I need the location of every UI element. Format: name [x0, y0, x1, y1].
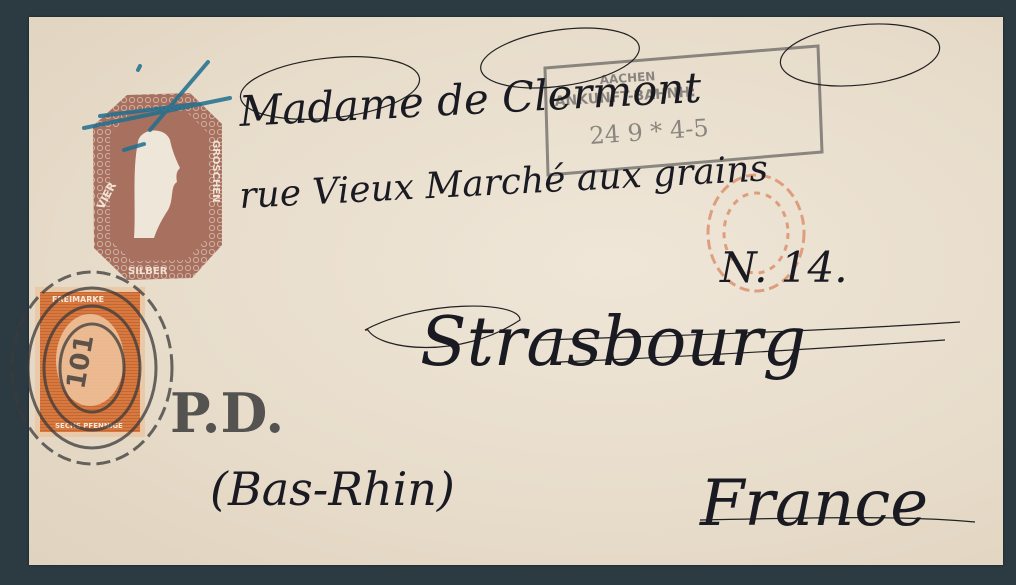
stamp-currency: GROSCHEN: [210, 140, 221, 203]
pd-mark: P.D.: [170, 381, 284, 445]
address-line-3: N. 14.: [719, 243, 848, 292]
address-line-6: France: [699, 467, 928, 541]
svg-text:24 9 * 4-5: 24 9 * 4-5: [588, 114, 709, 150]
address-line-5: (Bas-Rhin): [210, 462, 455, 516]
envelope-artwork: VIER GROSCHEN SILBER FREIMARKE SECHS PFE…: [0, 0, 1016, 585]
address-line-2: rue Vieux Marché aux grains: [238, 148, 769, 217]
address-line-4: Strasbourg: [420, 303, 806, 382]
stamp-bottom-label: SILBER: [128, 266, 168, 277]
